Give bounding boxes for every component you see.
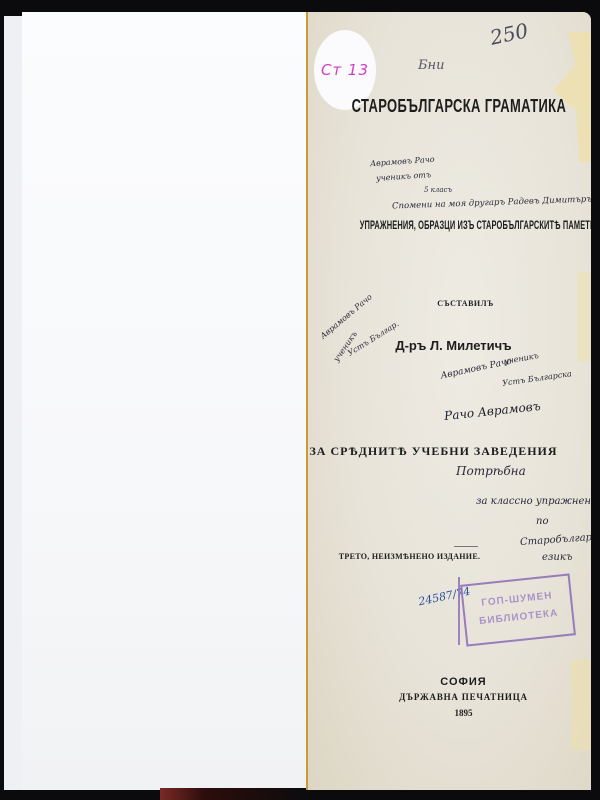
left-blank-page [22, 12, 308, 790]
handwritten-note: Аврамовъ Рачо [440, 357, 513, 382]
handwritten-note: Потрѣбна [456, 464, 526, 478]
book-cover-edge [160, 788, 310, 800]
title-page: Ст 13 250 Бни СТАРОБЪЛГАРСКА ГРАМАТИКА А… [306, 12, 591, 790]
shelf-label: Ст 13 [321, 61, 369, 79]
scan-background: Ст 13 250 Бни СТАРОБЪЛГАРСКА ГРАМАТИКА А… [0, 0, 600, 800]
handwritten-note: 5 класъ [424, 186, 452, 194]
handwritten-signature: Рачо Аврамовъ [444, 399, 542, 423]
book-title: СТАРОБЪЛГАРСКА ГРАМАТИКА [352, 96, 556, 117]
edition-note: ТРЕТО, НЕИЗМѢНЕНО ИЗДАНИЕ. [306, 552, 551, 561]
pencil-note: Бни [418, 58, 445, 73]
publication-city: СОФИЯ [322, 676, 591, 688]
publication-year: 1895 [322, 708, 591, 718]
library-stamp: ГОП-ШУМЕН БИБЛИОТЕКА [460, 573, 576, 646]
divider [454, 546, 478, 547]
book-subtitle: УПРАЖНЕНИЯ, ОБРАЗЦИ ИЗЪ СТАРОБЪЛГАРСКИТѢ… [360, 218, 535, 232]
publisher: ДЪРЖАВНА ПЕЧАТНИЦА [322, 692, 591, 702]
handwritten-note: ученикъ отъ [376, 170, 432, 183]
handwritten-note: Старобългарски [520, 531, 591, 548]
handwritten-note: Аврамовъ Рачо [370, 155, 435, 168]
intended-audience: ЗА СРѢДНИТѢ УЧЕБНИ ЗАВЕДЕНИЯ [306, 444, 575, 459]
handwritten-note: за классно упражнение [476, 496, 591, 507]
author-name: Д-ръ Л. Милетичъ [312, 338, 591, 353]
handwritten-note: Устъ Българска [502, 369, 573, 388]
paper-stain [571, 660, 591, 750]
pencil-number: 250 [488, 18, 530, 49]
handwritten-note: по [536, 516, 548, 527]
handwritten-note: ученикъ [503, 351, 539, 366]
handwritten-note: Спомени на моя другаръ Радевъ Димитъръ [392, 195, 591, 212]
